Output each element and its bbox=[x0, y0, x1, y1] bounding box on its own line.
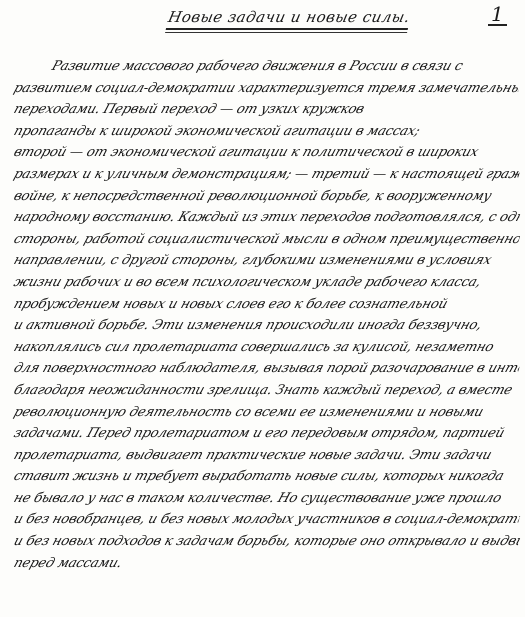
manuscript-line: стороны, работой социалистической мысли … bbox=[10, 229, 522, 251]
manuscript-body: Развитие массового рабочего движения в Р… bbox=[14, 56, 519, 574]
manuscript-line: накоплялись сил пролетариата совершались… bbox=[10, 337, 522, 359]
manuscript-line: размерах и к уличным демонстрациям; — тр… bbox=[10, 164, 522, 186]
manuscript-title: Новые задачи и новые силы. bbox=[166, 8, 412, 30]
manuscript-line: ставит жизнь и требует выработать новые … bbox=[10, 466, 522, 488]
manuscript-line: благодаря неожиданности зрелища. Знать к… bbox=[10, 380, 522, 402]
manuscript-line: переходами. Первый переход — от узких кр… bbox=[10, 99, 522, 121]
page-number: 1 bbox=[488, 4, 507, 26]
manuscript-line: перед массами. bbox=[10, 553, 522, 575]
manuscript-line: для поверхностного наблюдателя, вызывая … bbox=[10, 358, 522, 380]
page-header: Новые задачи и новые силы. 1 bbox=[0, 0, 525, 50]
manuscript-line: развитием социал-демократии характеризуе… bbox=[10, 78, 522, 100]
manuscript-line: войне, к непосредственной революционной … bbox=[10, 186, 522, 208]
manuscript-line: и активной борьбе. Эти изменения происхо… bbox=[10, 315, 522, 337]
manuscript-line: и без новобранцев, и без новых молодых у… bbox=[10, 509, 522, 531]
manuscript-line: задачами. Перед пролетариатом и его пере… bbox=[10, 423, 522, 445]
manuscript-line: второй — от экономической агитации к пол… bbox=[10, 142, 522, 164]
manuscript-line: жизни рабочих и во всем психологическом … bbox=[10, 272, 522, 294]
manuscript-page: Новые задачи и новые силы. 1 Развитие ма… bbox=[0, 0, 525, 617]
manuscript-line: пропаганды к широкой экономической агита… bbox=[10, 121, 522, 143]
manuscript-line: не бывало у нас в таком количестве. Но с… bbox=[10, 488, 522, 510]
manuscript-line: и без новых подходов к задачам борьбы, к… bbox=[10, 531, 522, 553]
manuscript-line: народному восстанию. Каждый из этих пере… bbox=[10, 207, 522, 229]
manuscript-line: революционную деятельность со всеми ее и… bbox=[10, 402, 522, 424]
manuscript-line: пробуждением новых и новых слоев его к б… bbox=[10, 294, 522, 316]
manuscript-line: пролетариата, выдвигает практические нов… bbox=[10, 445, 522, 467]
manuscript-line: направлении, с другой стороны, глубокими… bbox=[10, 250, 522, 272]
manuscript-line: Развитие массового рабочего движения в Р… bbox=[10, 56, 522, 78]
